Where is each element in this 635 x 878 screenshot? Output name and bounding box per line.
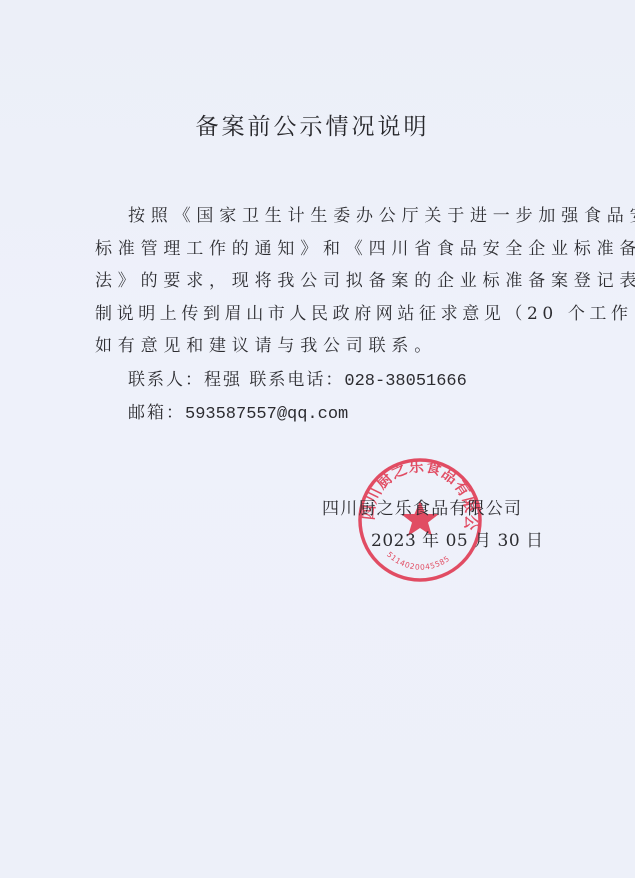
contact-phone: 028-38051666 xyxy=(344,372,466,391)
body-line-5: 如有意见和建议请与我公司联系。 xyxy=(95,330,543,363)
contact-person-name: 程强 xyxy=(204,370,242,390)
signature-company: 四川厨之乐食品有限公司 xyxy=(322,494,522,519)
page-title: 备案前公示情况说明 xyxy=(0,108,635,141)
contact-phone-label: 联系电话： xyxy=(249,370,344,390)
body-line-4: 制说明上传到眉山市人民政府网站征求意见（20 个工作日）， xyxy=(95,298,543,331)
company-seal-icon: 四川厨之乐食品有限公司 5114020045585 xyxy=(355,455,485,585)
contact-person-line: 联系人：程强 联系电话：028-38051666 xyxy=(128,365,467,391)
contact-email: 593587557@qq.com xyxy=(185,405,348,424)
svg-text:5114020045585: 5114020045585 xyxy=(385,550,452,572)
contact-email-label: 邮箱： xyxy=(128,403,185,423)
contact-email-line: 邮箱：593587557@qq.com xyxy=(128,398,348,424)
body-line-3: 法》的要求，现将我公司拟备案的企业标准备案登记表及编 xyxy=(95,265,543,298)
document-page: 备案前公示情况说明 按照《国家卫生计生委办公厅关于进一步加强食品安全 标准管理工… xyxy=(0,0,635,878)
body-line-1: 按照《国家卫生计生委办公厅关于进一步加强食品安全 xyxy=(95,200,543,233)
body-line-2: 标准管理工作的通知》和《四川省食品安全企业标准备案办 xyxy=(95,233,543,266)
body-paragraph: 按照《国家卫生计生委办公厅关于进一步加强食品安全 标准管理工作的通知》和《四川省… xyxy=(95,200,543,363)
contact-person-label: 联系人： xyxy=(128,370,204,390)
signature-date: 2023 年 05 月 30 日 xyxy=(371,526,544,551)
